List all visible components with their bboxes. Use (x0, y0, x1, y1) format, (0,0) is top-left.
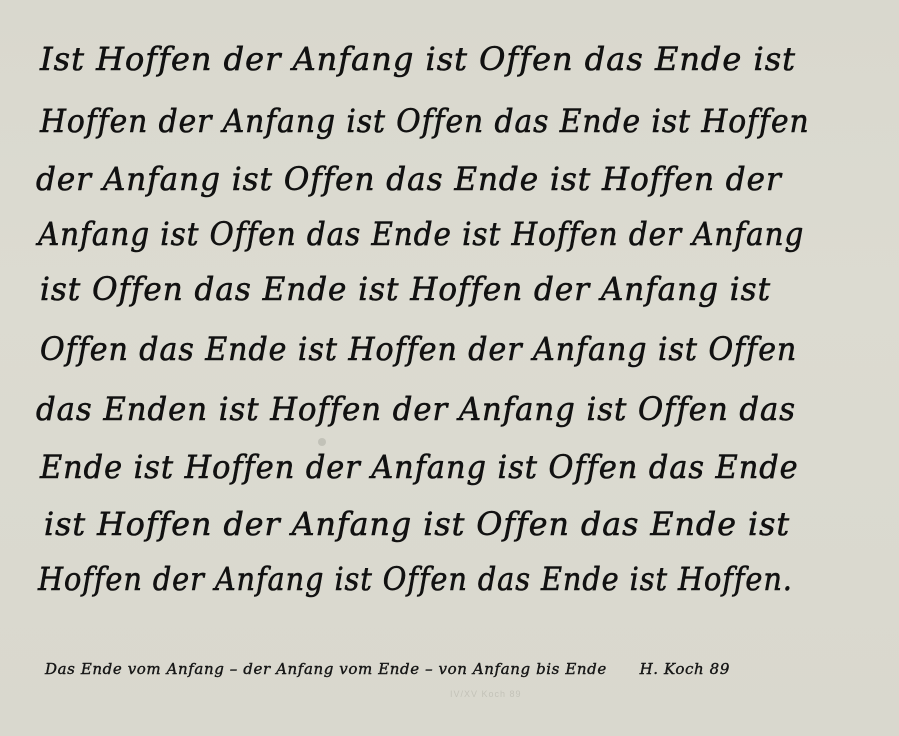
caption-line: Das Ende vom Anfang – der Anfang vom End… (45, 660, 730, 678)
handwritten-line-3: der Anfang ist Offen das Ende ist Hoffen… (36, 160, 782, 198)
handwritten-line-7: das Enden ist Hoffen der Anfang ist Offe… (36, 390, 796, 428)
handwritten-line-5: ist Offen das Ende ist Hoffen der Anfang… (40, 270, 771, 308)
handwritten-line-9: ist Hoffen der Anfang ist Offen das Ende… (44, 505, 790, 543)
handwritten-line-2: Hoffen der Anfang ist Offen das Ende ist… (40, 102, 810, 140)
paper-smudge (318, 438, 326, 446)
pencil-edition-note: IV/XV Koch 89 (450, 689, 522, 699)
artist-signature: H. Koch 89 (640, 660, 730, 678)
caption-text: Das Ende vom Anfang – der Anfang vom End… (45, 660, 607, 678)
handwritten-line-10: Hoffen der Anfang ist Offen das Ende ist… (38, 560, 793, 598)
handwritten-line-4: Anfang ist Offen das Ende ist Hoffen der… (38, 215, 804, 253)
handwritten-line-6: Offen das Ende ist Hoffen der Anfang ist… (40, 330, 797, 368)
artwork-sheet: Ist Hoffen der Anfang ist Offen das Ende… (0, 0, 899, 736)
handwritten-line-8: Ende ist Hoffen der Anfang ist Offen das… (40, 448, 799, 486)
handwritten-line-1: Ist Hoffen der Anfang ist Offen das Ende… (40, 40, 796, 78)
